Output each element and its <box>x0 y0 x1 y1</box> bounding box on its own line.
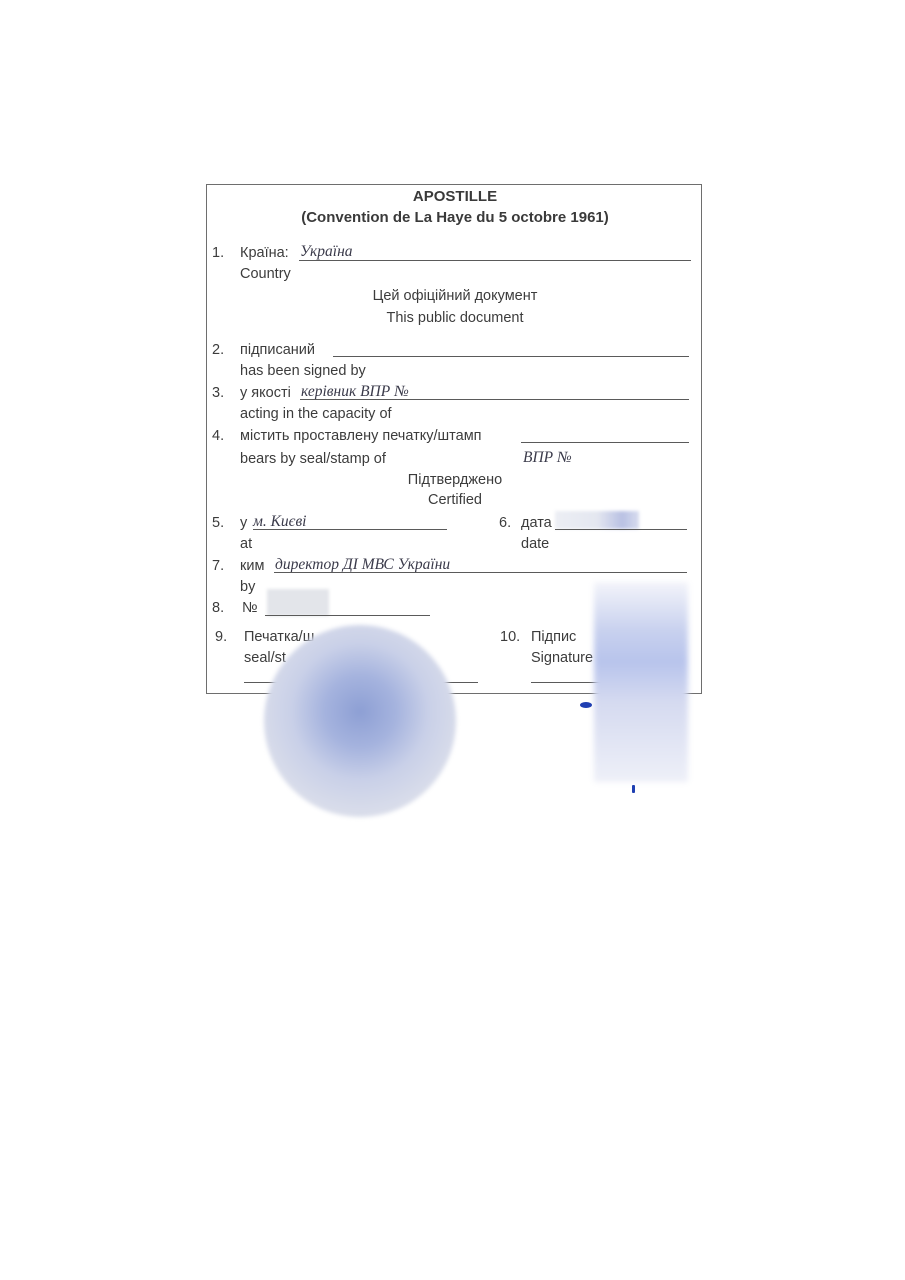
item-3-label-en: acting in the capacity of <box>240 405 392 423</box>
item-10-label-uk: Підпис <box>531 628 576 646</box>
item-4-value: ВПР № <box>523 449 572 467</box>
item-6-number: 6. <box>499 514 511 532</box>
item-6-label-uk: дата <box>521 514 552 532</box>
item-4-label-uk: містить проставлену печатку/штамп <box>240 427 482 445</box>
item-4-label-en: bears by seal/stamp of <box>240 450 386 468</box>
item-7-label-uk: ким <box>240 557 264 575</box>
item-3-underline <box>300 399 689 400</box>
item-5-label-en: at <box>240 535 252 553</box>
date-redaction <box>555 511 639 529</box>
item-8-underline <box>265 615 430 616</box>
item-5-number: 5. <box>212 514 224 532</box>
ink-mark <box>632 785 635 793</box>
item-6-underline <box>555 529 687 530</box>
item-2-underline <box>333 356 689 357</box>
item-6-label-en: date <box>521 535 549 553</box>
item-7-underline <box>274 572 687 573</box>
item-7-number: 7. <box>212 557 224 575</box>
item-2-label-uk: підписаний <box>240 341 315 359</box>
stamp-seal-redacted <box>264 625 456 817</box>
apostille-title: APOSTILLE <box>207 188 703 206</box>
signature-redacted <box>594 582 688 782</box>
number-redaction <box>267 589 329 616</box>
item-4-underline <box>521 442 689 443</box>
item-1-underline <box>299 260 691 261</box>
apostille-subtitle: (Convention de La Haye du 5 octobre 1961… <box>207 209 703 227</box>
item-8-number: 8. <box>212 599 224 617</box>
item-8-label-uk: № <box>242 599 258 617</box>
item-5-underline <box>253 529 447 530</box>
item-3-label-uk: у якості <box>240 384 291 402</box>
item-4-number: 4. <box>212 427 224 445</box>
item-1-value: Україна <box>300 243 353 261</box>
item-9-number: 9. <box>215 628 227 646</box>
item-7-label-en: by <box>240 578 255 596</box>
intro-uk: Цей офіційний документ <box>207 287 703 305</box>
item-2-number: 2. <box>212 341 224 359</box>
certified-uk: Підтверджено <box>207 471 703 489</box>
item-3-number: 3. <box>212 384 224 402</box>
item-10-underline <box>531 682 601 683</box>
item-1-number: 1. <box>212 244 224 262</box>
item-9-label-en: seal/st <box>244 649 286 667</box>
item-1-label-en: Country <box>240 265 291 283</box>
item-1-label-uk: Країна: <box>240 244 289 262</box>
item-5-label-uk: у <box>240 514 247 532</box>
item-10-number: 10. <box>500 628 520 646</box>
item-10-label-en: Signature <box>531 649 593 667</box>
certified-en: Certified <box>207 491 703 509</box>
ink-mark <box>580 702 592 708</box>
intro-en: This public document <box>207 309 703 327</box>
item-2-label-en: has been signed by <box>240 362 366 380</box>
